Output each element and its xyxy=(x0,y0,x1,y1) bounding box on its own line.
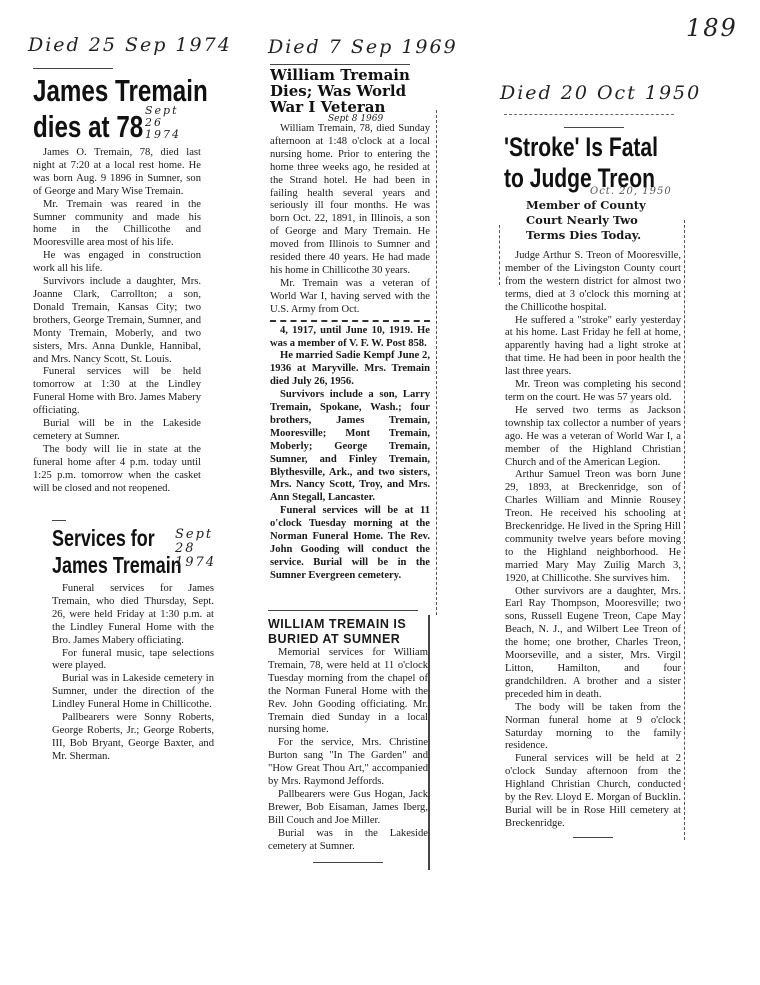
paragraph: William Tremain, 78, died Sunday afterno… xyxy=(270,123,430,278)
paragraph: Survivors include a daughter, Mrs. Joann… xyxy=(33,276,201,366)
article-body: William Tremain, 78, died Sunday afterno… xyxy=(270,123,430,317)
paragraph: Funeral services for James Tremain, who … xyxy=(52,583,214,648)
article-body: Memorial services for William Tremain, 7… xyxy=(268,647,428,854)
paragraph: Mr. Treon was completing his second term… xyxy=(505,379,681,405)
article-body: Judge Arthur S. Treon of Mooresville, me… xyxy=(505,250,681,831)
paragraph: The body will lie in state at the funera… xyxy=(33,444,201,496)
paragraph: Burial was in the Lakeside cemetery at S… xyxy=(268,828,428,854)
paragraph: Funeral services will be held tomorrow a… xyxy=(33,366,201,418)
paragraph: Funeral services will be at 11 o'clock T… xyxy=(270,505,430,582)
paragraph: Mr. Tremain was reared in the Sumner com… xyxy=(33,199,201,251)
column-rule xyxy=(684,220,685,840)
paragraph: Other survivors are a daughter, Mrs. Ear… xyxy=(505,586,681,702)
headline: James Tremain xyxy=(33,73,164,109)
paragraph: Memorial services for William Tremain, 7… xyxy=(268,647,428,737)
paragraph: Judge Arthur S. Treon of Mooresville, me… xyxy=(505,250,681,315)
died-date-note-1: Died 25 Sep 1974 xyxy=(28,34,232,56)
paragraph: He served two terms as Jackson township … xyxy=(505,405,681,470)
paragraph: Pallbearers were Gus Hogan, Jack Brewer,… xyxy=(268,789,428,828)
headline: to Judge Treon xyxy=(504,163,643,194)
paragraph: Funeral services will be held at 2 o'clo… xyxy=(505,753,681,830)
article-body-treon: Judge Arthur S. Treon of Mooresville, me… xyxy=(505,250,681,838)
died-date-note-2: Died 7 Sep 1969 xyxy=(268,36,458,58)
paragraph: Burial will be in the Lakeside cemetery … xyxy=(33,418,201,444)
paragraph: Mr. Tremain was a veteran of World War I… xyxy=(270,278,430,317)
paragraph: For funeral music, tape selections were … xyxy=(52,648,214,674)
paragraph: Survivors include a son, Larry Tremain, … xyxy=(270,389,430,505)
paragraph: Arthur Samuel Treon was born June 29, 18… xyxy=(505,469,681,585)
paragraph: He was engaged in construction work all … xyxy=(33,250,201,276)
headline: WILLIAM TREMAIN IS BURIED AT SUMNER xyxy=(268,617,418,647)
paragraph: He married Sadie Kempf June 2, 1936 at M… xyxy=(270,350,430,389)
services-date-note: Sept 28 1974 xyxy=(175,528,220,570)
column-rule xyxy=(499,225,500,285)
headline: Services for xyxy=(52,525,178,552)
paragraph: The body will be taken from the Norman f… xyxy=(505,702,681,754)
column-rule xyxy=(436,110,437,615)
article-body: Funeral services for James Tremain, who … xyxy=(52,583,214,764)
paragraph: James O. Tremain, 78, died last night at… xyxy=(33,147,201,199)
paragraph: Pallbearers were Sonny Roberts, George R… xyxy=(52,712,214,764)
article-body: 4, 1917, until June 10, 1919. He was a m… xyxy=(270,325,430,583)
page-number: 189 xyxy=(686,14,738,42)
clipping-william-tremain-burial: WILLIAM TREMAIN IS BURIED AT SUMNER Memo… xyxy=(268,610,428,863)
clipping-james-tremain-obituary: James Tremain dies at 78 James O. Tremai… xyxy=(33,68,201,495)
column-rule xyxy=(428,615,430,870)
paragraph: Burial was in Lakeside cemetery in Sumne… xyxy=(52,673,214,712)
subheadline: Member of County Court Nearly Two Terms … xyxy=(526,198,646,243)
died-date-note-3: Died 20 Oct 1950 xyxy=(500,82,701,104)
clipping-william-tremain-obituary: William Tremain Dies; Was World War I Ve… xyxy=(270,64,430,583)
headline: 'Stroke' Is Fatal xyxy=(504,132,643,163)
paragraph: For the service, Mrs. Christine Burton s… xyxy=(268,737,428,789)
clipping-judge-treon-obituary: 'Stroke' Is Fatal to Judge Treon Member … xyxy=(504,114,682,253)
headline: James Tremain xyxy=(52,552,178,579)
headline: dies at 78 xyxy=(33,109,164,145)
paragraph: 4, 1917, until June 10, 1919. He was a m… xyxy=(270,325,430,351)
article-body: James O. Tremain, 78, died last night at… xyxy=(33,147,201,495)
paragraph: He suffered a "stroke" early yesterday a… xyxy=(505,315,681,380)
headline: William Tremain Dies; Was World War I Ve… xyxy=(270,67,430,115)
